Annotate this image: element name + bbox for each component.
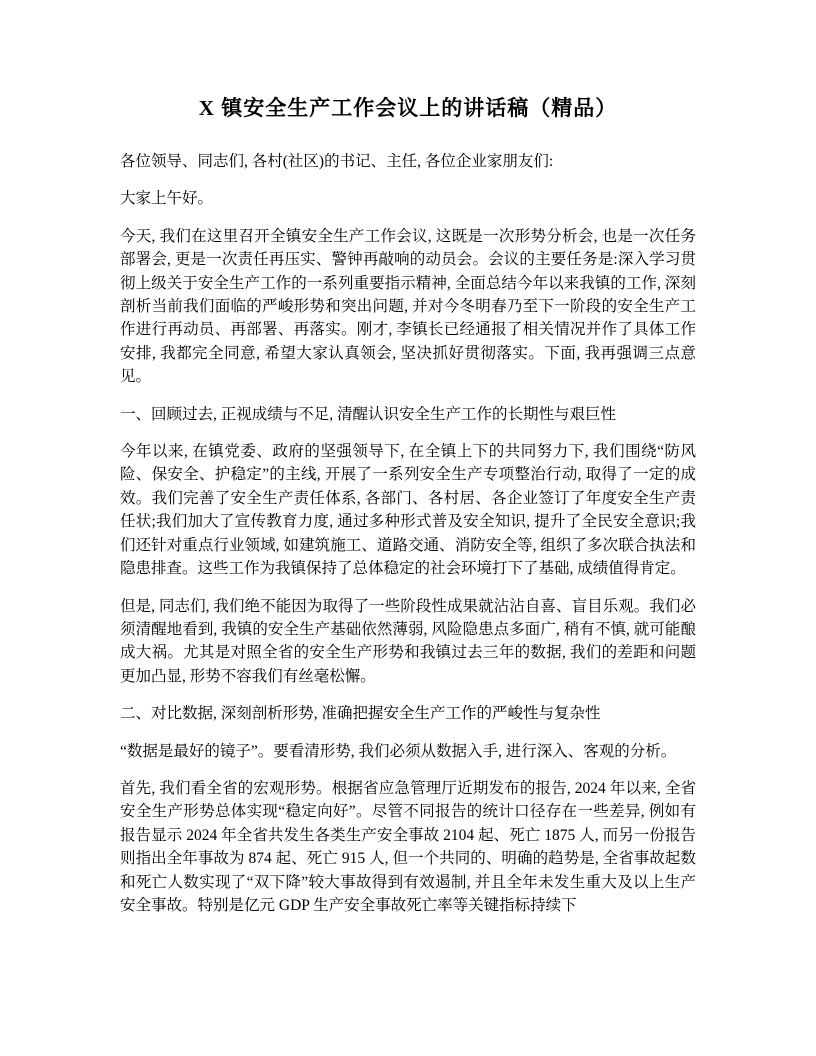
document-title: X 镇安全生产工作会议上的讲话稿（精品） [120, 92, 696, 124]
quote-paragraph: “数据是最好的镜子”。要看清形势, 我们必须从数据入手, 进行深入、客观的分析。 [120, 740, 696, 763]
province-data-paragraph: 首先, 我们看全省的宏观形势。根据省应急管理厅近期发布的报告, 2024 年以来… [120, 777, 696, 917]
caution-paragraph: 但是, 同志们, 我们绝不能因为取得了一些阶段性成果就沾沾自喜、盲目乐观。我们必… [120, 595, 696, 689]
achievements-paragraph: 今年以来, 在镇党委、政府的坚强领导下, 在全镇上下的共同努力下, 我们围绕“防… [120, 440, 696, 580]
document-page: X 镇安全生产工作会议上的讲话稿（精品） 各位领导、同志们, 各村(社区)的书记… [0, 0, 816, 1056]
salutation-line: 各位领导、同志们, 各村(社区)的书记、主任, 各位企业家朋友们: [120, 150, 696, 173]
section-heading-two: 二、对比数据, 深刻剖析形势, 准确把握安全生产工作的严峻性与复杂性 [120, 702, 696, 725]
section-heading-one: 一、回顾过去, 正视成绩与不足, 清醒认识安全生产工作的长期性与艰巨性 [120, 403, 696, 426]
greeting-line: 大家上午好。 [120, 187, 696, 210]
opening-paragraph: 今天, 我们在这里召开全镇安全生产工作会议, 这既是一次形势分析会, 也是一次任… [120, 225, 696, 389]
